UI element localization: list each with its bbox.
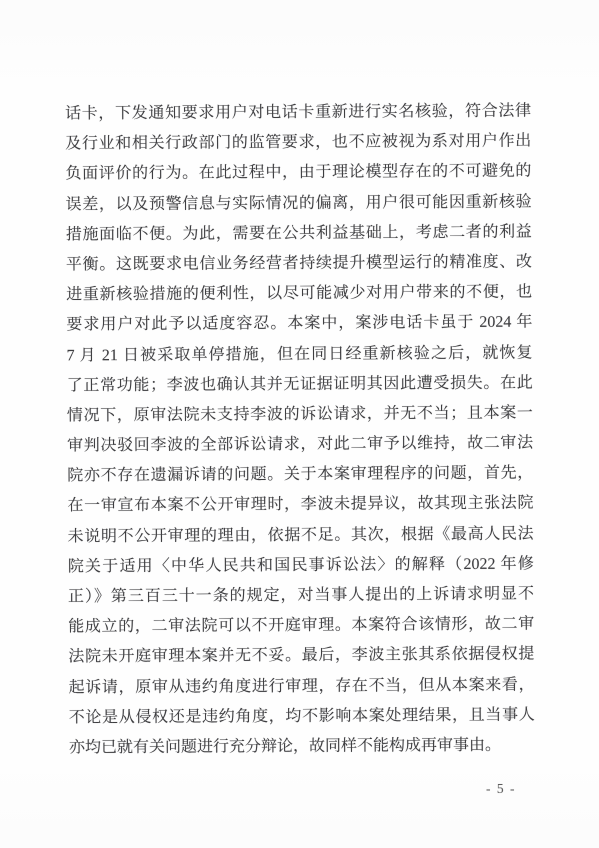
text-line: 未说明不公开审理的理由，依据不足。其次，根据《最高人民法 — [68, 519, 534, 552]
text-line: 情况下，原审法院未支持李波的诉讼请求，并无不当；且本案一 — [67, 398, 533, 431]
document-body-text: 话卡，下发通知要求用户对电话卡重新进行实名核验，符合法律 及行业和相关行政部门的… — [65, 97, 535, 764]
text-line: 话卡，下发通知要求用户对电话卡重新进行实名核验，符合法律 — [65, 97, 531, 130]
text-line: 不论是从侵权还是违约角度，均不影响本案处理结果，且当事人 — [69, 700, 535, 733]
text-line: 亦均已就有关问题进行充分辩论，故同样不能构成再审事由。 — [69, 731, 535, 764]
text-line: 平衡。这既要求电信业务经营者持续提升模型运行的精准度、改 — [66, 248, 532, 281]
text-line: 法院未开庭审理本案并无不妥。最后，李波主张其系依据侵权提 — [68, 640, 534, 673]
text-line: 了正常功能；李波也确认其并无证据证明其因此遭受损失。在此 — [67, 368, 533, 401]
text-line: 在一审宣布本案不公开审理时，李波未提异议，故其现主张法院 — [67, 489, 533, 522]
text-line: 及行业和相关行政部门的监管要求，也不应被视为系对用户作出 — [65, 127, 531, 160]
text-line: 起诉请，原审从违约角度进行审理，存在不当，但从本案来看， — [68, 670, 534, 703]
text-line: 审判决驳回李波的全部诉讼请求，对此二审予以维持，故二审法 — [67, 429, 533, 462]
scanned-document-page: 话卡，下发通知要求用户对电话卡重新进行实名核验，符合法律 及行业和相关行政部门的… — [0, 0, 599, 848]
text-line: 能成立的，二审法院可以不开庭审理。本案符合该情形，故二审 — [68, 610, 534, 643]
text-line: 误差，以及预警信息与实际情况的偏离，用户很可能因重新核验 — [66, 187, 532, 220]
text-line: 要求用户对此予以适度容忍。本案中，案涉电话卡虽于 2024 年 — [66, 308, 532, 341]
text-line: 7 月 21 日被采取单停措施，但在同日经重新核验之后，就恢复 — [66, 338, 532, 371]
text-line: 负面评价的行为。在此过程中，由于理论模型存在的不可避免的 — [65, 157, 531, 190]
text-line: 进重新核验措施的便利性，以尽可能减少对用户带来的不便，也 — [66, 278, 532, 311]
text-line: 正）》第三百三十一条的规定，对当事人提出的上诉请求明显不 — [68, 580, 534, 613]
text-line: 院关于适用〈中华人民共和国民事诉讼法〉的解释（2022 年修 — [68, 549, 534, 582]
text-line: 措施面临不便。为此，需要在公共利益基础上，考虑二者的利益 — [66, 217, 532, 250]
text-line: 院亦不存在遗漏诉请的问题。关于本案审理程序的问题，首先， — [67, 459, 533, 492]
page-number: - 5 - — [468, 781, 534, 797]
